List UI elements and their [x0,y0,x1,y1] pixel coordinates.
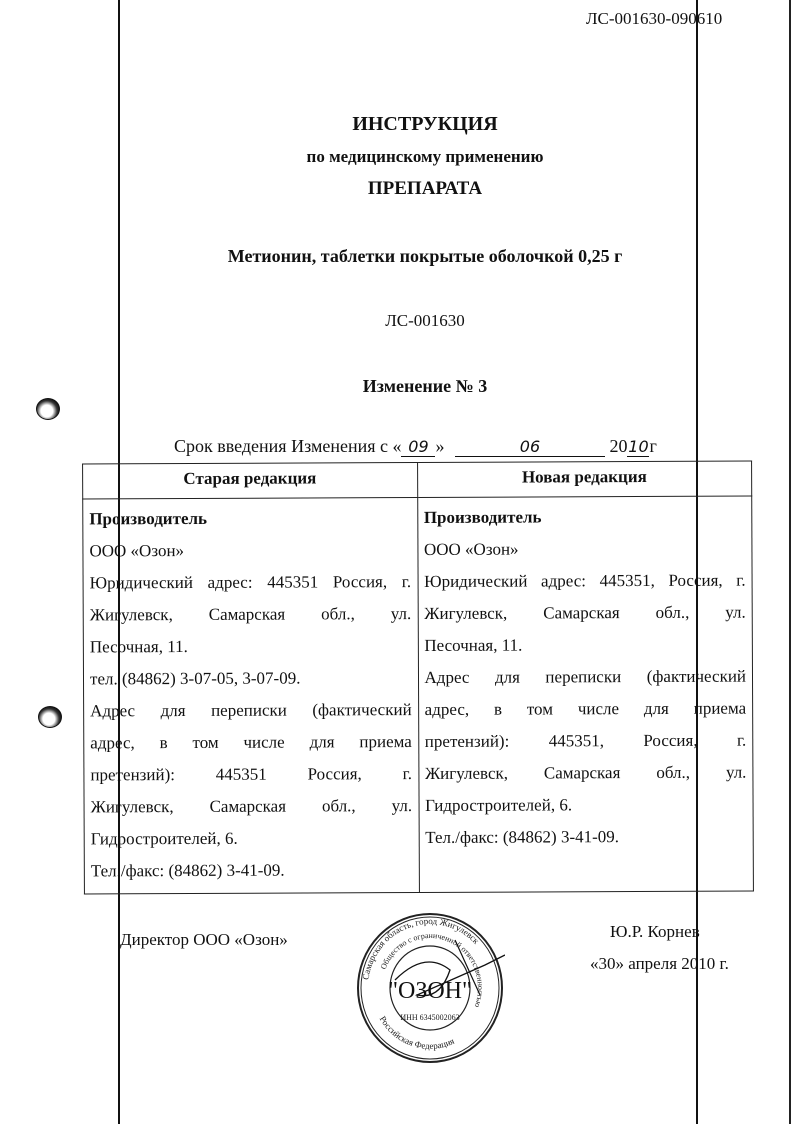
change-number: Изменение № 3 [25,376,800,397]
svg-text:"ОЗОН": "ОЗОН" [388,978,472,1004]
effective-date-year-suffix: 10 [627,437,649,457]
header-old-edition: Старая редакция [83,463,418,499]
effective-date-line: Срок введения Изменения с «09» 06 2010г [174,436,657,457]
cell-text-line: Песочная, 11. [90,630,412,663]
cell-text-line: Песочная, 11. [424,629,746,662]
document-subtitle-2: ПРЕПАРАТА [25,178,800,200]
signer-name: Ю.Р. Корнев [610,922,700,942]
cell-text-line: адрес, в том числе для приема [425,693,747,726]
cell-text-line: претензий): 445351, Россия, г. [425,725,747,758]
cell-text-line: Тел./факс: (84862) 3-41-09. [425,821,747,854]
cell-text-line: адрес, в том числе для приема [90,726,412,759]
punch-hole-icon [38,706,62,728]
cell-text-line: претензий): 445351 Россия, г. [90,758,412,791]
cell-text-line: Юридический адрес: 445351 Россия, г. [90,566,412,599]
drug-name: Метионин, таблетки покрытые оболочкой 0,… [25,246,800,267]
cell-text-line: Жигулевск, Самарская обл., ул. [90,790,412,823]
comparison-table: Старая редакция Новая редакция Производи… [82,461,754,895]
cell-text-line: Адрес для переписки (фактический [90,694,412,727]
effective-date-prefix: Срок введения Изменения с « [174,436,401,456]
scan-artifact-line-right [789,0,791,1124]
cell-text-line: ООО «Озон» [89,534,411,567]
effective-date-day: 09 [401,437,435,457]
quote-close: » [435,436,444,456]
cell-text-line: Жигулевск, Самарская обл., ул. [425,757,747,790]
punch-hole-icon [36,398,60,420]
cell-text-line: тел. (84862) 3-07-05, 3-07-09. [90,662,412,695]
cell-text-line: Жигулевск, Самарская обл., ул. [90,598,412,631]
signature-date: «30» апреля 2010 г. [590,954,729,974]
new-edition-cell: ПроизводительООО «Озон»Юридический адрес… [417,496,753,892]
cell-text-line: Производитель [424,501,746,534]
header-new-edition: Новая редакция [417,461,752,497]
cell-text-line: ООО «Озон» [424,533,746,566]
cell-text-line: Гидростроителей, 6. [91,822,413,855]
cell-text-line: Юридический адрес: 445351, Россия, г. [424,565,746,598]
effective-date-month: 06 [455,437,605,457]
company-stamp-icon: Самарская область, город Жигулевск Общес… [355,910,505,1065]
cell-text-line: Гидростроителей, 6. [425,789,747,822]
effective-date-year-unit: г [649,436,656,456]
document-code: ЛС-001630-090610 [586,9,722,29]
signer-position: Директор ООО «Озон» [120,930,288,950]
effective-date-year-prefix: 20 [609,436,627,456]
cell-text-line: Производитель [89,502,411,535]
cell-text-line: Адрес для переписки (фактический [424,661,746,694]
cell-text-line: Тел./факс: (84862) 3-41-09. [91,854,413,887]
registration-number: ЛС-001630 [25,311,800,331]
old-edition-cell: ПроизводительООО «Озон»Юридический адрес… [83,498,419,894]
svg-text:ИНН 6345002063: ИНН 6345002063 [400,1013,459,1022]
document-subtitle: по медицинскому применению [25,147,800,167]
document-title: ИНСТРУКЦИЯ [25,113,800,136]
cell-text-line: Жигулевск, Самарская обл., ул. [424,597,746,630]
